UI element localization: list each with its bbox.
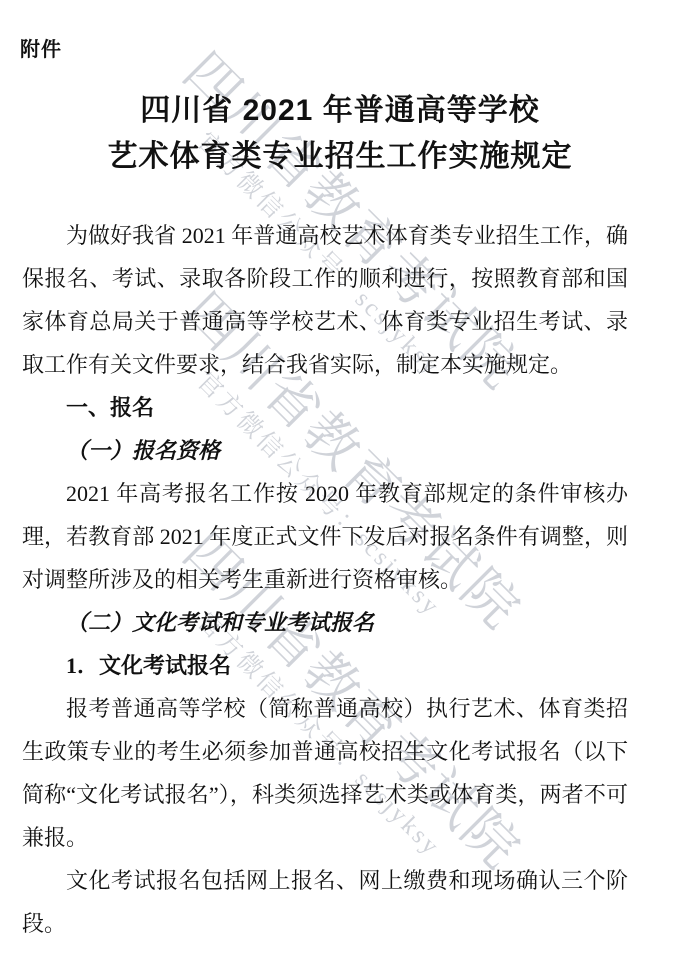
paragraph-baoming-zige: 2021 年高考报名工作按 2020 年教育部规定的条件审核办理，若教育部 20… <box>22 472 628 601</box>
paragraph-wenhua-kaoshi-baoming: 报考普通高等学校（简称普通高校）执行艺术、体育类招生政策专业的考生必须参加普通高… <box>22 687 628 859</box>
document-body: 为做好我省 2021 年普通高校艺术体育类专业招生工作，确保报名、考试、录取各阶… <box>22 214 628 945</box>
document-title-line-1: 四川省 2021 年普通高等学校 <box>0 88 680 134</box>
subsection-heading-baoming-zige: （一）报名资格 <box>22 429 628 472</box>
paragraph-baoming-jieduan: 文化考试报名包括网上报名、网上缴费和现场确认三个阶段。 <box>22 859 628 945</box>
section-heading-baoming: 一、报名 <box>22 386 628 429</box>
attachment-label: 附件 <box>20 33 62 62</box>
paragraph-intro: 为做好我省 2021 年普通高校艺术体育类专业招生工作，确保报名、考试、录取各阶… <box>22 214 628 386</box>
subsection-heading-wenhua-zhuanye-kaoshi: （二）文化考试和专业考试报名 <box>22 601 628 644</box>
document-title: 四川省 2021 年普通高等学校 艺术体育类专业招生工作实施规定 <box>0 88 680 180</box>
document-title-line-2: 艺术体育类专业招生工作实施规定 <box>0 134 680 180</box>
subsubsection-heading-wenhua-kaoshi-baoming: 1．文化考试报名 <box>22 644 628 687</box>
document-page: 四川省教育考试院 官方微信公众号：scsjyksy 四川省教育考试院 官方微信公… <box>0 0 680 973</box>
